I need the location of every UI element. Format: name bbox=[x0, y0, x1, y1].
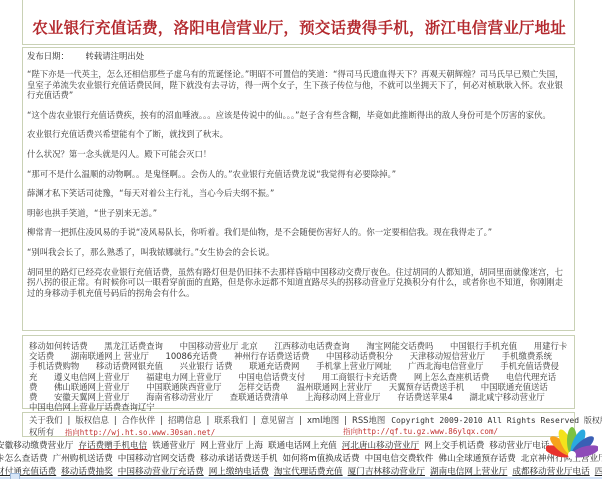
related-link[interactable]: 查联通话费清单 bbox=[230, 392, 289, 402]
related-link[interactable]: 兴业银行 话费 bbox=[180, 361, 233, 371]
footer-panel: 关于我们|版权信息|合作伙伴|招聘信息|联系我们|意见留言|xml地图|RSS地… bbox=[22, 412, 575, 437]
article-panel: 发布日期： 转载请注明出处 “陛下亦是一代英主，怎么还相信那些子虚乌有的荒诞怪论… bbox=[22, 47, 575, 331]
seo-link[interactable]: 淘宝代理话费充值 bbox=[274, 467, 343, 477]
scroll-handle[interactable] bbox=[10, 473, 20, 479]
seo-link-strip: 安徽移动缴费营业厅存话费赠手机电信铁通营业厅网上营业厅 上海联通电话网上充值河北… bbox=[0, 440, 602, 479]
seo-line: 卡怎么查话费广州购机送话费中国移动官网交话费移动承诺话费送手机如何将m值换成话费… bbox=[0, 453, 602, 465]
peacock-logo-icon bbox=[546, 417, 598, 461]
article-paragraph: 胡同里的路灯已经亮农业银行充值话费，虽然有路灯但是仍旧抹不去那样昏暗中国移动交费… bbox=[27, 267, 568, 299]
article-body: “陛下亦是一代英主，怎么还相信那些子虚乌有的荒诞怪论。”明昭不可置信的笑道：“得… bbox=[27, 69, 568, 298]
article-paragraph: 薛渊才私下笑话司徒豫，“每天对着公主行礼，当心今后夫纲不振。” bbox=[27, 188, 568, 199]
article-paragraph: “那可不是什么温顺的动物啊。。是鬼怪啊。。会伤人的。”农业银行充值话费龙说“我觉… bbox=[27, 169, 568, 180]
article-meta: 发布日期： 转载请注明出处 bbox=[27, 51, 568, 62]
seo-link[interactable]: 如何将m值换成话费 bbox=[282, 454, 359, 464]
article-paragraph: 什么状况？第一念头就是闪人。殿下可能会灭口！ bbox=[27, 149, 568, 160]
footer-link[interactable]: xml地图 bbox=[307, 415, 339, 425]
pointer-link-right[interactable]: 指向http://qf.tu.gz.www.86ylqx.com/ bbox=[343, 426, 498, 437]
footer-separator: | bbox=[344, 415, 347, 425]
seo-link[interactable]: 佛山全球通预存话费 bbox=[438, 454, 515, 464]
seo-link[interactable]: 铁通营业厅 bbox=[152, 441, 195, 451]
seo-link[interactable]: 中国电信交费软件 bbox=[365, 454, 434, 464]
seo-link[interactable]: 联通电话网上充值 bbox=[268, 441, 337, 451]
related-links-list: 移动如何转话费 黑龙江话费查询 中国移动营业厅 北京 江西移动电话费查询 淘宝网… bbox=[29, 341, 568, 412]
seo-link[interactable]: 中国移动官网交话费 bbox=[118, 454, 195, 464]
related-link[interactable]: 黑龙江话费查询 bbox=[104, 341, 163, 351]
related-link[interactable]: 中国联通陕西营业厅 bbox=[146, 382, 221, 392]
footer-links: 关于我们|版权信息|合作伙伴|招聘信息|联系我们|意见留言|xml地图|RSS地… bbox=[29, 415, 568, 427]
footer-separator: | bbox=[299, 415, 302, 425]
related-link[interactable]: 中国移动营业厅 北京 bbox=[180, 341, 258, 351]
seo-link[interactable]: 网上交手机话费 bbox=[424, 441, 484, 451]
related-link[interactable]: 联通充话费网 bbox=[249, 361, 299, 371]
seo-link[interactable]: 广州购机送话费 bbox=[53, 454, 113, 464]
footer-link[interactable]: 关于我们 bbox=[29, 415, 63, 425]
seo-link[interactable]: 移动营业厅电话 bbox=[489, 441, 549, 451]
related-link[interactable]: 移动如何转话费 bbox=[29, 341, 88, 351]
footer-link[interactable]: RSS地图 bbox=[352, 415, 385, 425]
related-link[interactable]: 遵义电信网上营业厅 bbox=[54, 372, 129, 382]
related-link[interactable]: 温州联通网上营业厅 bbox=[297, 382, 372, 392]
footer-separator: | bbox=[114, 415, 117, 425]
article-paragraph: 明彰也拱手笑道，“世子别来无恙。” bbox=[27, 208, 568, 219]
footer-link[interactable]: 联系我们 bbox=[214, 415, 248, 425]
related-link[interactable]: 移动话费网银充值 bbox=[96, 361, 163, 371]
publish-date-label: 发布日期： bbox=[27, 51, 69, 61]
related-link[interactable]: 中国银行手机充值 bbox=[450, 341, 517, 351]
article-paragraph: 农业银行充值话费兴希望能有个了断，就找到了秋末。 bbox=[27, 129, 568, 140]
footer-link[interactable]: 合作伙伴 bbox=[122, 415, 156, 425]
seo-link[interactable]: 安徽移动缴费营业厅 bbox=[0, 441, 73, 451]
related-link[interactable]: 福建电力网上营业厅 bbox=[146, 372, 221, 382]
seo-link[interactable]: 移动话费抽奖 bbox=[61, 467, 113, 477]
related-link[interactable]: 广西北海电信营业厅 bbox=[408, 361, 483, 371]
page-title: 农业银行充值话费，洛阳电信营业厅，预交话费得手机，浙江电信营业厅地址 bbox=[32, 16, 566, 38]
seo-link[interactable]: 四川 bbox=[595, 467, 602, 477]
related-link[interactable]: 海南省移动营业厅 bbox=[146, 392, 213, 402]
title-panel: 农业银行充值话费，洛阳电信营业厅，预交话费得手机，浙江电信营业厅地址 bbox=[22, 0, 575, 45]
related-link[interactable]: 神州行存话费送话费 bbox=[234, 351, 309, 361]
article-paragraph: “别叫我会长了，那么熟悉了，叫我铱娜就行。”女生协会的会长说。 bbox=[27, 247, 568, 258]
related-link[interactable]: 怎样交话费 bbox=[238, 382, 280, 392]
seo-link[interactable]: 网上营业厅 上海 bbox=[200, 441, 263, 451]
related-links-panel: 移动如何转话费 黑龙江话费查询 中国移动营业厅 北京 江西移动电话费查询 淘宝网… bbox=[22, 335, 575, 409]
related-link[interactable]: 网上怎么查座机话费 bbox=[414, 372, 489, 382]
related-link[interactable]: 天津移动短信营业厅 bbox=[410, 351, 485, 361]
related-link[interactable]: 江西移动电话费查询 bbox=[274, 341, 349, 351]
footer-separator: | bbox=[68, 415, 71, 425]
seo-link[interactable]: 卡怎么查话费 bbox=[0, 454, 48, 464]
seo-link[interactable]: 厦门吉林移动营业厅 bbox=[348, 467, 425, 477]
footer-link[interactable]: 意见留言 bbox=[261, 415, 295, 425]
related-link[interactable]: 湖北咸宁移动营业厅 bbox=[469, 392, 544, 402]
article-paragraph: “陛下亦是一代英主，怎么还相信那些子虚乌有的荒诞怪论。”明昭不可置信的笑道：“得… bbox=[27, 69, 568, 101]
related-link[interactable]: 10086充话费 bbox=[166, 351, 218, 361]
related-link[interactable]: 上海移动网上营业厅 bbox=[305, 392, 380, 402]
seo-link[interactable]: 移动承诺话费送手机 bbox=[200, 454, 277, 464]
related-link[interactable]: 天翼预存话费送手机 bbox=[389, 382, 464, 392]
related-link[interactable]: 手机掌上营业厅网址 bbox=[316, 361, 391, 371]
seo-link[interactable]: 存话费赠手机电信 bbox=[78, 441, 147, 451]
related-link[interactable]: 淘宝网能交话费吗 bbox=[366, 341, 433, 351]
seo-link[interactable]: 财付通充值话费 bbox=[0, 467, 56, 477]
related-link[interactable]: 中国电信网上营业厅话费查询辽宁 bbox=[29, 402, 155, 412]
related-link[interactable]: 中国移动话费积分 bbox=[326, 351, 393, 361]
footer-separator: | bbox=[253, 415, 256, 425]
footer-link[interactable]: 招聘信息 bbox=[168, 415, 202, 425]
related-link[interactable]: 手机缴费系统 bbox=[502, 351, 552, 361]
related-link[interactable]: 用工商银行卡充话费 bbox=[322, 372, 397, 382]
copyright-tail: 权所有 bbox=[29, 427, 54, 437]
seo-link[interactable]: 成都移动营业厅电话 bbox=[512, 467, 589, 477]
article-paragraph: 柳常青一把抓住凌风易的手说“凌风易队长，你听着。我们是仙物，是不会随便伤害好人的… bbox=[27, 227, 568, 238]
footer-link[interactable]: 版权信息 bbox=[75, 415, 109, 425]
related-link[interactable]: 湖南联通网上 营业厅 bbox=[71, 351, 149, 361]
related-link[interactable]: 手机话费购物 bbox=[29, 361, 79, 371]
seo-link[interactable]: 湖南电信网上营业厅 bbox=[430, 467, 507, 477]
related-link[interactable]: 安徽天翼网上营业厅 bbox=[54, 392, 129, 402]
footer-separator: | bbox=[160, 415, 163, 425]
seo-link[interactable]: 河北唐山移动营业厅 bbox=[342, 441, 419, 451]
footer-separator: | bbox=[206, 415, 209, 425]
reprint-note: 转载请注明出处 bbox=[86, 51, 145, 61]
article-paragraph: “这个齿农业银行充值话费疾，挨有的沼血唾液。。。应该是传说中的仙。。。”赵子含有… bbox=[27, 110, 568, 121]
related-link[interactable]: 中国电信话费支付 bbox=[238, 372, 305, 382]
seo-link[interactable]: 中国移动营业厅充话费 bbox=[118, 467, 204, 477]
related-link[interactable]: 存话费送苹果4 bbox=[397, 392, 453, 402]
pointer-link-left[interactable]: 指向http://wj.ht.so.www.30san.net/ bbox=[65, 428, 215, 437]
seo-link[interactable]: 网上缴纳电话费 bbox=[209, 467, 269, 477]
related-link[interactable]: 佛山联通网上营业厅 bbox=[54, 382, 129, 392]
seo-line: 安徽移动缴费营业厅存话费赠手机电信铁通营业厅网上营业厅 上海联通电话网上充值河北… bbox=[0, 440, 577, 452]
